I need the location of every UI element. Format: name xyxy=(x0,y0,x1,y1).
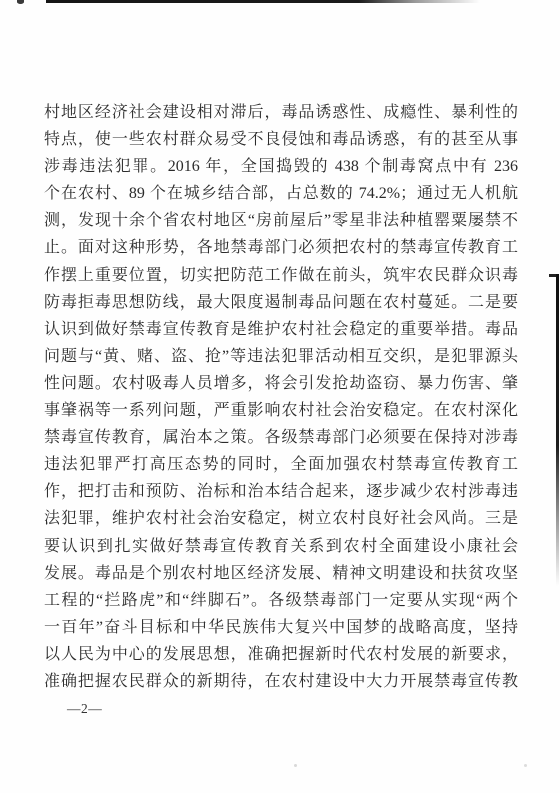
text-line: 作，把打击和预防、治标和治本结合起来，逐步减少农村涉毒违 xyxy=(44,478,518,505)
text-line: 村地区经济社会建设相对滞后，毒品诱惑性、成瘾性、暴利性的 xyxy=(44,99,518,126)
scan-artifact-top-left-speck xyxy=(17,0,24,4)
scan-artifact-speck xyxy=(294,764,297,767)
text-line: 特点，使一些农村群众易受不良侵蚀和毒品诱惑，有的甚至从事 xyxy=(44,126,518,153)
text-line: 工程的“拦路虎”和“绊脚石”。各级禁毒部门一定要从实现“两个 xyxy=(44,587,518,614)
text-line: 认识到做好禁毒宣传教育是维护农村社会稳定的重要举措。毒品 xyxy=(44,316,518,343)
page-number: —2— xyxy=(67,701,102,717)
text-line: 一百年”奋斗目标和中华民族伟大复兴中国梦的战略高度，坚持 xyxy=(44,614,518,641)
scanned-document-page: 村地区经济社会建设相对滞后，毒品诱惑性、成瘾性、暴利性的 特点，使一些农村群众易… xyxy=(0,0,560,793)
text-line: 禁毒宣传教育，属治本之策。各级禁毒部门必须要在保持对涉毒 xyxy=(44,424,518,451)
text-line: 个在农村、89 个在城乡结合部，占总数的 74.2%；通过无人机航 xyxy=(44,180,518,207)
scan-artifact-right-edge-line xyxy=(556,274,559,586)
text-line: 违法犯罪严打高压态势的同时，全面加强农村禁毒宣传教育工 xyxy=(44,451,518,478)
text-line: 性问题。农村吸毒人员增多，将会引发抢劫盗窃、暴力伤害、肇 xyxy=(44,370,518,397)
text-line: 防毒拒毒思想防线，最大限度遏制毒品问题在农村蔓延。二是要 xyxy=(44,289,518,316)
scan-artifact-speck xyxy=(524,764,527,767)
text-line: 止。面对这种形势，各地禁毒部门必须把农村的禁毒宣传教育工 xyxy=(44,234,518,261)
text-line: 事肇祸等一系列问题，严重影响农村社会治安稳定。在农村深化 xyxy=(44,397,518,424)
text-line: 测，发现十余个省农村地区“房前屋后”零星非法种植罂粟屡禁不 xyxy=(44,207,518,234)
scan-artifact-right-edge-tick xyxy=(549,274,557,277)
text-line: 以人民为中心的发展思想，准确把握新时代农村发展的新要求， xyxy=(44,641,518,668)
body-text-block: 村地区经济社会建设相对滞后，毒品诱惑性、成瘾性、暴利性的 特点，使一些农村群众易… xyxy=(44,99,518,695)
text-line: 作摆上重要位置，切实把防范工作做在前头，筑牢农民群众识毒 xyxy=(44,262,518,289)
scan-artifact-top-edge-line xyxy=(46,0,480,3)
text-line: 要认识到扎实做好禁毒宣传教育关系到农村全面建设小康社会 xyxy=(44,533,518,560)
text-line: 涉毒违法犯罪。2016 年，全国捣毁的 438 个制毒窝点中有 236 xyxy=(44,153,518,180)
text-line: 发展。毒品是个别农村地区经济发展、精神文明建设和扶贫攻坚 xyxy=(44,560,518,587)
text-line: 准确把握农民群众的新期待，在农村建设中大力开展禁毒宣传教 xyxy=(44,668,518,695)
text-line: 问题与“黄、赌、盗、抢”等违法犯罪活动相互交织，是犯罪源头 xyxy=(44,343,518,370)
text-line: 法犯罪，维护农村社会治安稳定，树立农村良好社会风尚。三是 xyxy=(44,505,518,532)
